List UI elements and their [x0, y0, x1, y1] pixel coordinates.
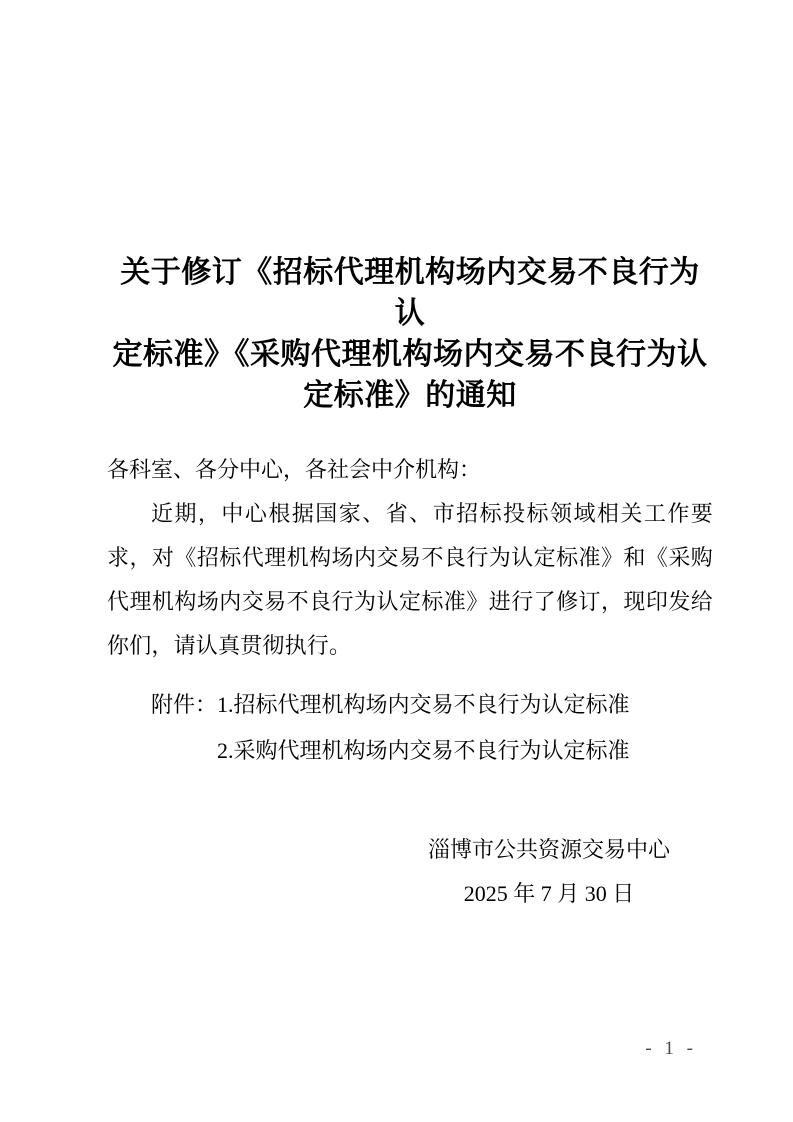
- issuer-signature: 淄博市公共资源交易中心: [428, 828, 670, 872]
- issue-date: 2025 年 7 月 30 日: [428, 872, 670, 916]
- page-title: 关于修订《招标代理机构场内交易不良行为认 定标准》《采购代理机构场内交易不良行为…: [107, 252, 713, 416]
- page-number: - 1 -: [645, 1038, 697, 1060]
- attachment-item-1: 1.招标代理机构场内交易不良行为认定标准: [217, 692, 630, 717]
- body-paragraph: 近期，中心根据国家、省、市招标投标领域相关工作要求，对《招标代理机构场内交易不良…: [107, 492, 713, 668]
- attachment-item: 2.采购代理机构场内交易不良行为认定标准: [107, 728, 713, 774]
- document-body: 各科室、各分中心，各社会中介机构： 近期，中心根据国家、省、市招标投标领域相关工…: [107, 448, 713, 916]
- page-title-line-2: 定标准》《采购代理机构场内交易不良行为认: [107, 334, 713, 375]
- document-content: 关于修订《招标代理机构场内交易不良行为认 定标准》《采购代理机构场内交易不良行为…: [0, 0, 793, 916]
- attachment-item-2: 2.采购代理机构场内交易不良行为认定标准: [217, 738, 630, 763]
- attachments-section: 附件：1.招标代理机构场内交易不良行为认定标准 2.采购代理机构场内交易不良行为…: [107, 682, 713, 774]
- page-title-line-1: 关于修订《招标代理机构场内交易不良行为认: [107, 252, 713, 334]
- salutation: 各科室、各分中心，各社会中介机构：: [107, 448, 713, 492]
- attachment-item: 附件：1.招标代理机构场内交易不良行为认定标准: [107, 682, 713, 728]
- page-title-line-3: 定标准》的通知: [107, 375, 713, 416]
- attachments-label: 附件：: [151, 692, 217, 717]
- signature-block: 淄博市公共资源交易中心 2025 年 7 月 30 日: [428, 828, 670, 916]
- document-page: 关于修订《招标代理机构场内交易不良行为认 定标准》《采购代理机构场内交易不良行为…: [0, 0, 793, 1122]
